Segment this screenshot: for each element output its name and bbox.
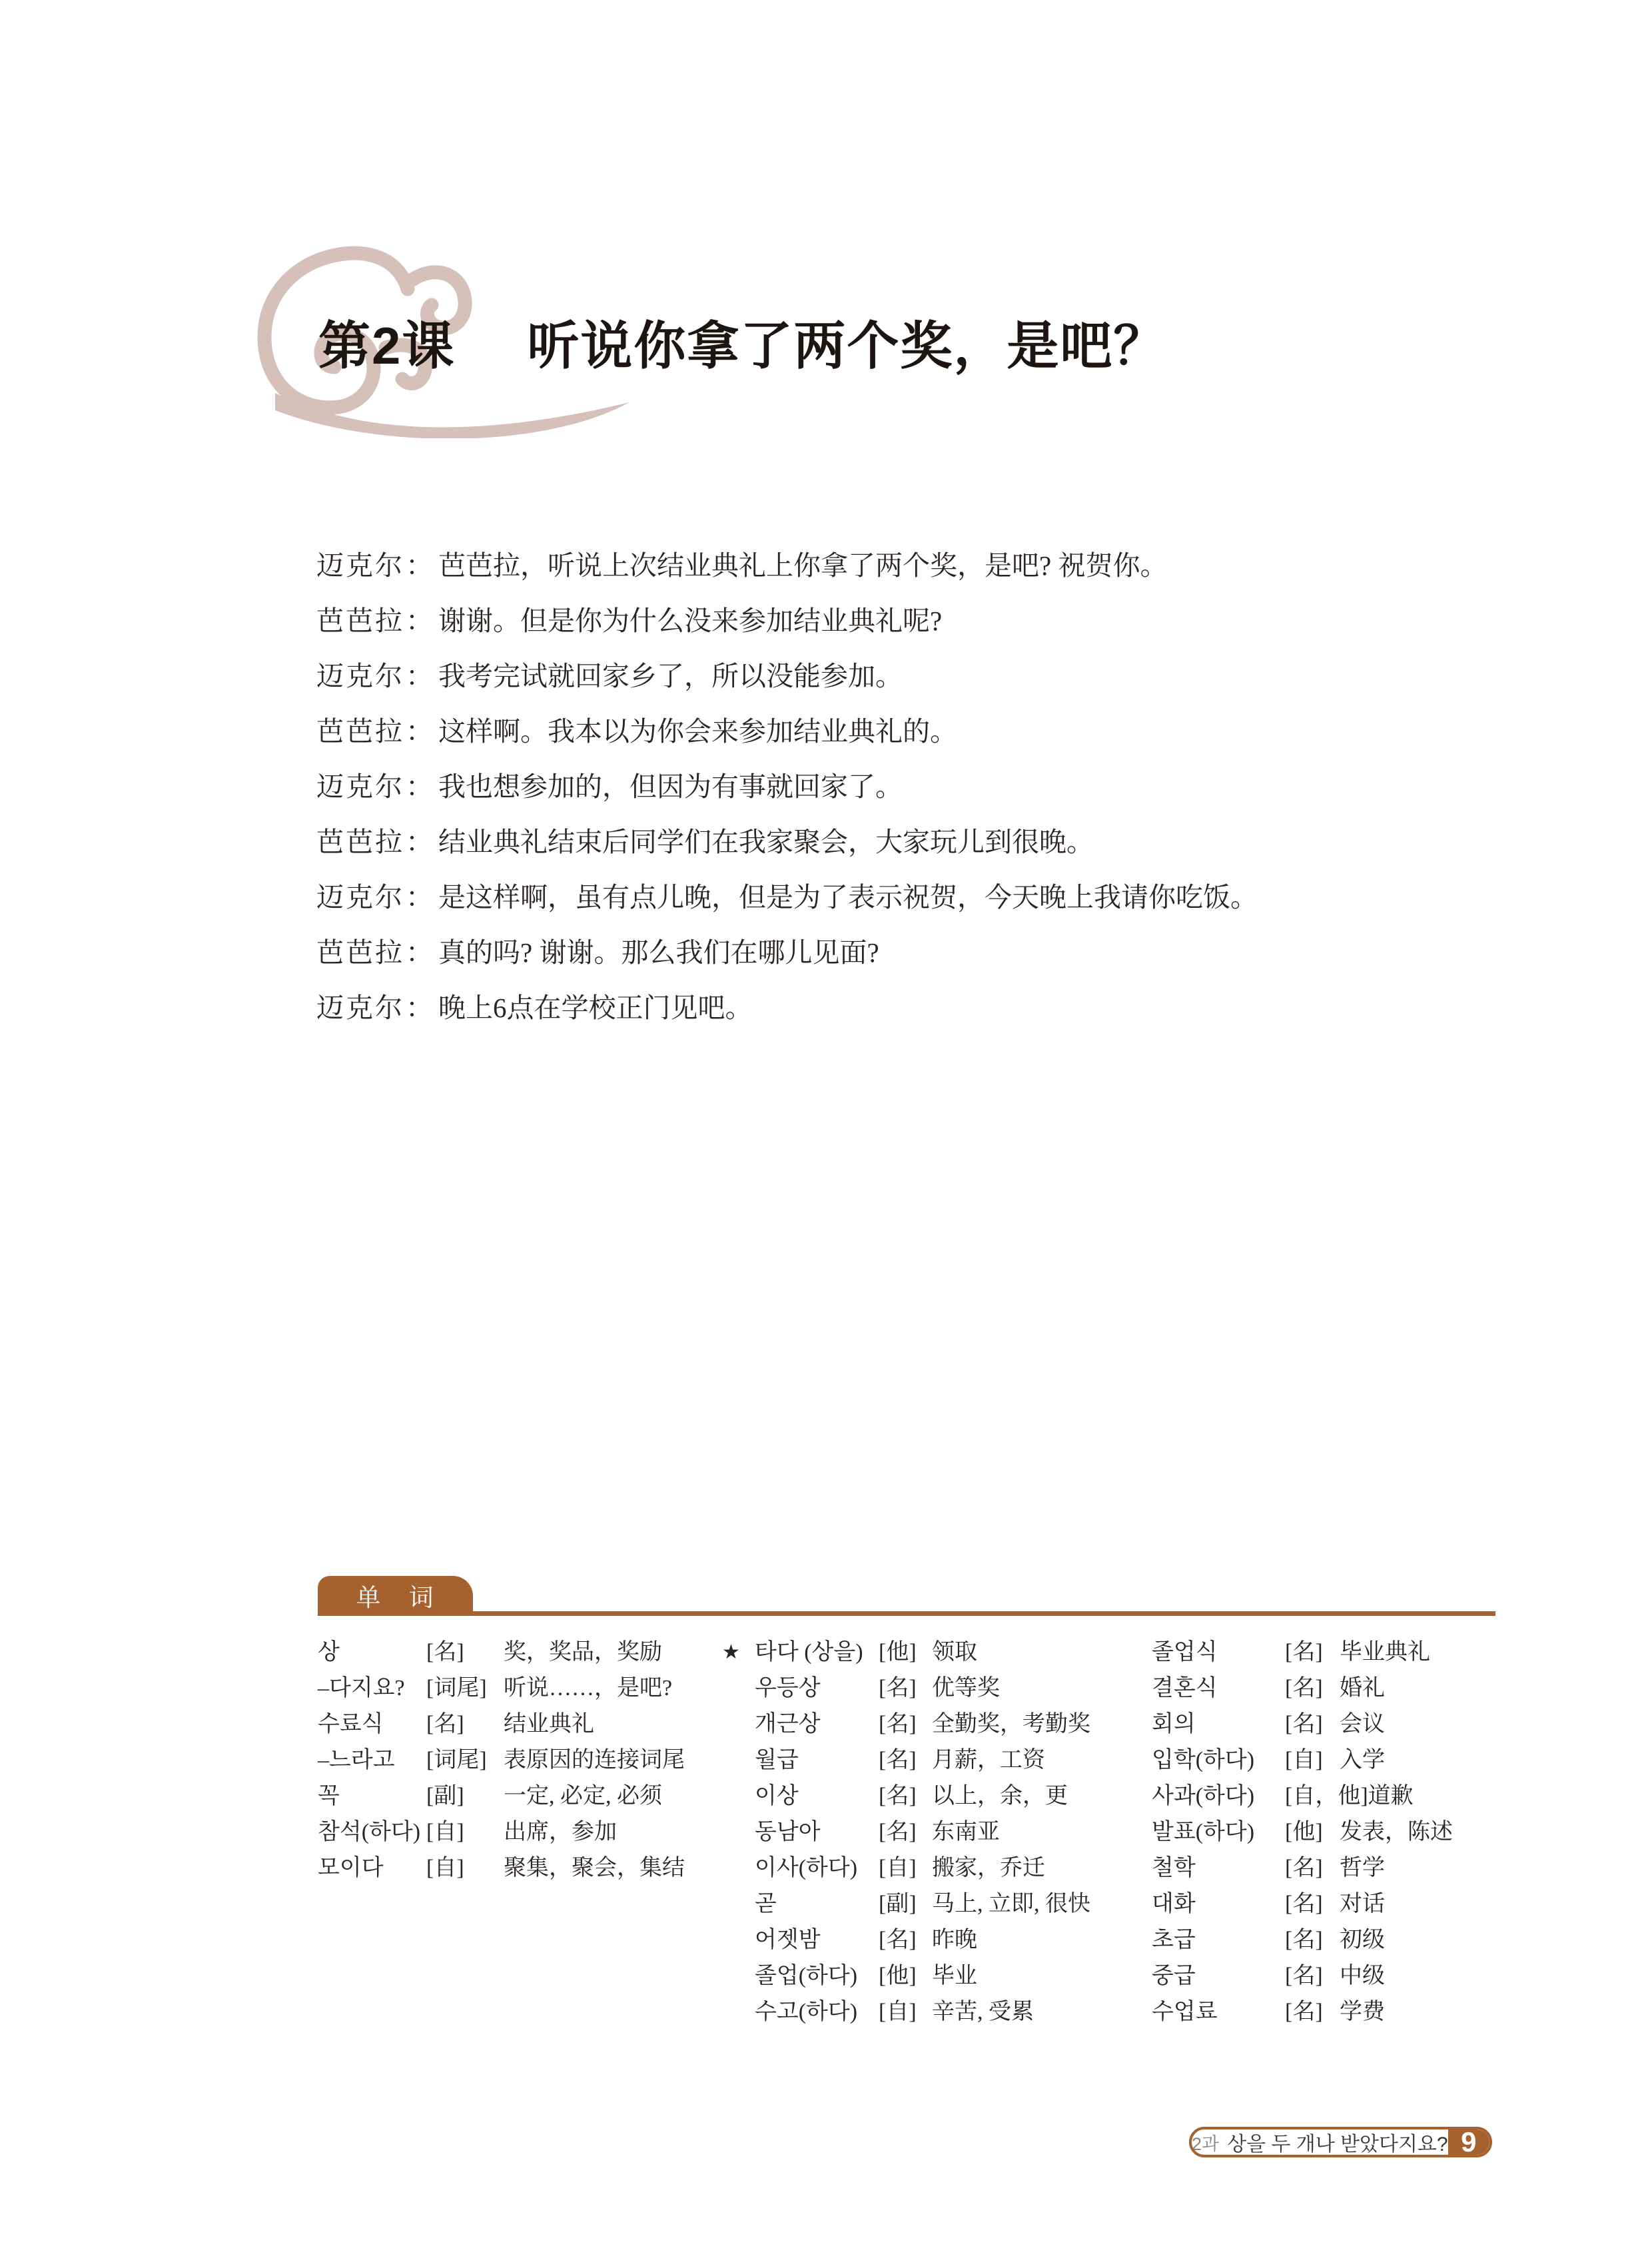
vocab-pos: [他]: [879, 1958, 932, 1994]
vocab-entry: 결혼식[名]婚礼: [1152, 1671, 1453, 1706]
vocab-pos: [名]: [1285, 1671, 1340, 1706]
vocab-entry: 철학[名]哲学: [1152, 1850, 1453, 1886]
dialogue-line: 迈克尔：我也想参加的，但因为有事就回家了。: [316, 759, 1258, 815]
vocab-section-label: 单 词: [356, 1577, 434, 1613]
vocab-gloss: 会议: [1340, 1706, 1385, 1742]
vocab-entry: ★타다 (상을)[他]领取: [722, 1635, 1090, 1671]
vocab-gloss: 道歉: [1368, 1778, 1414, 1814]
vocab-pos: [副]: [426, 1778, 504, 1814]
vocab-pos: [他]: [879, 1635, 932, 1671]
vocab-gloss: 学费: [1340, 1994, 1385, 2030]
vocab-gloss: 毕业典礼: [1340, 1635, 1430, 1671]
vocab-word: 발표(하다): [1152, 1814, 1285, 1850]
vocab-pos: [名]: [879, 1671, 932, 1706]
vocab-word: 초급: [1152, 1922, 1285, 1958]
footer-lesson-title: 상을 두 개나 받았다지요?: [1227, 2127, 1448, 2157]
vocab-entry: 중급[名]中级: [1152, 1958, 1453, 1994]
vocab-pos: [名]: [879, 1814, 932, 1850]
dialogue-text: 我考完试就回家乡了，所以没能参加。: [438, 649, 903, 704]
vocab-gloss: 优等奖: [932, 1671, 1000, 1706]
speaker-colon: ：: [406, 649, 438, 704]
vocab-pos: [自]: [426, 1814, 504, 1850]
dialogue-text: 芭芭拉，听说上次结业典礼上你拿了两个奖，是吧? 祝贺你。: [438, 538, 1167, 593]
speaker-name: 迈克尔: [316, 759, 406, 815]
vocab-word: 결혼식: [1152, 1671, 1285, 1706]
speaker-name: 芭芭拉: [316, 925, 406, 980]
dialogue-text: 真的吗? 谢谢。那么我们在哪儿见面?: [438, 925, 879, 980]
vocab-column-1: 상[名]奖，奖品，奖励 –다지요?[词尾]听说……，是吧? 수료식[名]结业典礼…: [318, 1635, 685, 1886]
dialogue-text: 我也想参加的，但因为有事就回家了。: [438, 759, 903, 815]
vocab-gloss: 马上, 立即, 很快: [932, 1886, 1090, 1922]
vocab-entry: 사과(하다)[自，他]道歉: [1152, 1778, 1453, 1814]
vocab-pos: [名]: [1285, 1635, 1340, 1671]
vocab-word: 타다 (상을): [755, 1635, 879, 1671]
vocab-gloss: 对话: [1340, 1886, 1385, 1922]
vocab-pos: [他]: [1285, 1814, 1340, 1850]
vocab-column-3: 졸업식[名]毕业典礼 결혼식[名]婚礼 회의[名]会议 입학(하다)[自]入学 …: [1152, 1635, 1453, 2030]
dialogue-line: 迈克尔：我考完试就回家乡了，所以没能参加。: [316, 649, 1258, 704]
vocab-pos: [名]: [879, 1706, 932, 1742]
vocab-pos: [名]: [1285, 1994, 1340, 2030]
vocab-entry: 초급[名]初级: [1152, 1922, 1453, 1958]
dialogue-block: 迈克尔：芭芭拉，听说上次结业典礼上你拿了两个奖，是吧? 祝贺你。 芭芭拉：谢谢。…: [316, 538, 1258, 1036]
vocab-word: 대화: [1152, 1886, 1285, 1922]
vocab-word: 철학: [1152, 1850, 1285, 1886]
vocab-entry: 발표(하다)[他]发表，陈述: [1152, 1814, 1453, 1850]
footer-lesson-bar: 2과 상을 두 개나 받았다지요? 9: [1189, 2127, 1492, 2157]
vocab-word: 수업료: [1152, 1994, 1285, 2030]
speaker-colon: ：: [406, 593, 438, 649]
vocab-pos: [名]: [426, 1635, 504, 1671]
speaker-colon: ：: [406, 704, 438, 759]
vocab-gloss: 昨晚: [932, 1922, 977, 1958]
vocab-pos: [名]: [426, 1706, 504, 1742]
vocab-gloss: 初级: [1340, 1922, 1385, 1958]
vocab-pos: [词尾]: [426, 1742, 504, 1778]
vocab-entry: 꼭[副]一定, 必定, 必须: [318, 1778, 685, 1814]
vocab-word: 동남아: [755, 1814, 879, 1850]
vocab-gloss: 发表，陈述: [1340, 1814, 1453, 1850]
vocab-entry: 이사(하다)[自]搬家，乔迁: [722, 1850, 1090, 1886]
vocab-word: –다지요?: [318, 1671, 426, 1706]
vocab-word: –느라고: [318, 1742, 426, 1778]
vocab-gloss: 奖，奖品，奖励: [504, 1635, 662, 1671]
vocab-entry: 월급[名]月薪，工资: [722, 1742, 1090, 1778]
vocab-gloss: 听说……，是吧?: [504, 1671, 672, 1706]
vocab-gloss: 出席，参加: [504, 1814, 617, 1850]
dialogue-text: 晚上6点在学校正门见吧。: [438, 980, 753, 1036]
speaker-name: 迈克尔: [316, 980, 406, 1036]
dialogue-line: 迈克尔：晚上6点在学校正门见吧。: [316, 980, 1258, 1036]
vocab-word: 모이다: [318, 1850, 426, 1886]
speaker-name: 芭芭拉: [316, 815, 406, 870]
vocab-gloss: 领取: [932, 1635, 977, 1671]
vocab-word: 졸업(하다): [755, 1958, 879, 1994]
speaker-colon: ：: [406, 870, 438, 925]
speaker-name: 迈克尔: [316, 870, 406, 925]
vocab-entry: 졸업식[名]毕业典礼: [1152, 1635, 1453, 1671]
page-number-badge: 9: [1448, 2129, 1489, 2155]
vocab-word: 회의: [1152, 1706, 1285, 1742]
vocab-entry: 수료식[名]结业典礼: [318, 1706, 685, 1742]
vocab-entry: 모이다[自]聚集，聚会，集结: [318, 1850, 685, 1886]
vocab-word: 우등상: [755, 1671, 879, 1706]
vocab-entry: 회의[名]会议: [1152, 1706, 1453, 1742]
vocab-entry: 입학(하다)[自]入学: [1152, 1742, 1453, 1778]
speaker-colon: ：: [406, 538, 438, 593]
dialogue-line: 迈克尔：是这样啊，虽有点儿晚，但是为了表示祝贺，今天晚上我请你吃饭。: [316, 870, 1258, 925]
vocab-word: 입학(하다): [1152, 1742, 1285, 1778]
vocab-gloss: 辛苦, 受累: [932, 1994, 1034, 2030]
vocab-pos: [自]: [879, 1850, 932, 1886]
vocab-pos: [名]: [1285, 1922, 1340, 1958]
vocab-entry: 우등상[名]优等奖: [722, 1671, 1090, 1706]
vocab-pos: [名]: [1285, 1886, 1340, 1922]
vocab-entry: –느라고[词尾]表原因的连接词尾: [318, 1742, 685, 1778]
vocab-word: 월급: [755, 1742, 879, 1778]
vocab-entry: 수고(하다)[自]辛苦, 受累: [722, 1994, 1090, 2030]
vocab-column-2: ★타다 (상을)[他]领取 우등상[名]优等奖 개근상[名]全勤奖，考勤奖 월급…: [722, 1635, 1090, 2030]
speaker-colon: ：: [406, 980, 438, 1036]
lesson-title-text: 听说你拿了两个奖，是吧？: [527, 316, 1166, 376]
vocab-word: 이상: [755, 1778, 879, 1814]
vocab-word: 수료식: [318, 1706, 426, 1742]
dialogue-line: 芭芭拉：真的吗? 谢谢。那么我们在哪儿见面?: [316, 925, 1258, 980]
vocab-gloss: 结业典礼: [504, 1706, 594, 1742]
vocab-entry: 상[名]奖，奖品，奖励: [318, 1635, 685, 1671]
vocab-pos: [名]: [879, 1778, 932, 1814]
vocab-entry: 졸업(하다)[他]毕业: [722, 1958, 1090, 1994]
vocab-word: 개근상: [755, 1706, 879, 1742]
lesson-number-label: 第2课: [318, 316, 455, 376]
vocab-pos: [自]: [1285, 1742, 1340, 1778]
vocab-pos: [名]: [879, 1922, 932, 1958]
vocab-word: 졸업식: [1152, 1635, 1285, 1671]
dialogue-line: 芭芭拉：结业典礼结束后同学们在我家聚会，大家玩儿到很晚。: [316, 815, 1258, 870]
vocab-pos: [自]: [879, 1994, 932, 2030]
vocab-gloss: 一定, 必定, 必须: [504, 1778, 662, 1814]
dialogue-line: 迈克尔：芭芭拉，听说上次结业典礼上你拿了两个奖，是吧? 祝贺你。: [316, 538, 1258, 593]
vocab-gloss: 婚礼: [1340, 1671, 1385, 1706]
vocab-pos: [自]: [426, 1850, 504, 1886]
vocab-section-tab: 单 词: [318, 1576, 473, 1614]
speaker-name: 芭芭拉: [316, 593, 406, 649]
vocab-word: 꼭: [318, 1778, 426, 1814]
dialogue-line: 芭芭拉：这样啊。我本以为你会来参加结业典礼的。: [316, 704, 1258, 759]
textbook-page: 第2课 听说你拿了两个奖，是吧？ 迈克尔：芭芭拉，听说上次结业典礼上你拿了两个奖…: [0, 0, 1652, 2242]
speaker-colon: ：: [406, 815, 438, 870]
page-title: 第2课 听说你拿了两个奖，是吧？: [318, 316, 1166, 376]
vocab-gloss: 以上，余，更: [932, 1778, 1068, 1814]
vocab-pos: [名]: [1285, 1850, 1340, 1886]
vocab-word: 사과(하다): [1152, 1778, 1285, 1814]
vocab-gloss: 搬家，乔迁: [932, 1850, 1045, 1886]
vocab-word: 참석(하다): [318, 1814, 426, 1850]
vocab-word: 중급: [1152, 1958, 1285, 1994]
speaker-name: 芭芭拉: [316, 704, 406, 759]
dialogue-text: 是这样啊，虽有点儿晚，但是为了表示祝贺，今天晚上我请你吃饭。: [438, 870, 1258, 925]
vocab-gloss: 毕业: [932, 1958, 977, 1994]
vocab-gloss: 全勤奖，考勤奖: [932, 1706, 1090, 1742]
vocab-gloss: 哲学: [1340, 1850, 1385, 1886]
vocab-entry: 어젯밤[名]昨晚: [722, 1922, 1090, 1958]
speaker-name: 迈克尔: [316, 649, 406, 704]
dialogue-text: 谢谢。但是你为什么没来参加结业典礼呢?: [438, 593, 942, 649]
vocab-entry: 곧[副]马上, 立即, 很快: [722, 1886, 1090, 1922]
vocab-entry: 대화[名]对话: [1152, 1886, 1453, 1922]
vocab-entry: –다지요?[词尾]听说……，是吧?: [318, 1671, 685, 1706]
page-number: 9: [1461, 2127, 1476, 2157]
dialogue-line: 芭芭拉：谢谢。但是你为什么没来参加结业典礼呢?: [316, 593, 1258, 649]
footer-lesson-label: 2과 상을 두 개나 받았다지요?: [1192, 2129, 1448, 2155]
dialogue-text: 这样啊。我本以为你会来参加结业典礼的。: [438, 704, 957, 759]
vocab-section-rule: [318, 1611, 1495, 1616]
vocab-gloss: 中级: [1340, 1958, 1385, 1994]
vocab-pos: [词尾]: [426, 1671, 504, 1706]
vocab-gloss: 东南亚: [932, 1814, 1000, 1850]
vocab-entry: 이상[名]以上，余，更: [722, 1778, 1090, 1814]
vocab-entry: 동남아[名]东南亚: [722, 1814, 1090, 1850]
vocab-entry: 개근상[名]全勤奖，考勤奖: [722, 1706, 1090, 1742]
vocab-entry: 참석(하다)[自]出席，参加: [318, 1814, 685, 1850]
vocab-pos: [名]: [879, 1742, 932, 1778]
speaker-colon: ：: [406, 925, 438, 980]
vocab-word: 곧: [755, 1886, 879, 1922]
vocab-entry: 수업료[名]学费: [1152, 1994, 1453, 2030]
vocab-word: 어젯밤: [755, 1922, 879, 1958]
footer-lesson-number: 2과: [1192, 2129, 1219, 2155]
vocab-pos: [名]: [1285, 1958, 1340, 1994]
vocab-gloss: 入学: [1340, 1742, 1385, 1778]
vocab-pos: [自，他]: [1285, 1778, 1368, 1814]
vocab-gloss: 表原因的连接词尾: [504, 1742, 685, 1778]
vocab-word: 상: [318, 1635, 426, 1671]
dialogue-text: 结业典礼结束后同学们在我家聚会，大家玩儿到很晚。: [438, 815, 1094, 870]
speaker-colon: ：: [406, 759, 438, 815]
vocab-pos: [名]: [1285, 1706, 1340, 1742]
star-icon: ★: [722, 1635, 755, 1671]
vocab-word: 수고(하다): [755, 1994, 879, 2030]
speaker-name: 迈克尔: [316, 538, 406, 593]
vocab-gloss: 聚集，聚会，集结: [504, 1850, 685, 1886]
vocab-gloss: 月薪，工资: [932, 1742, 1045, 1778]
vocab-pos: [副]: [879, 1886, 932, 1922]
vocab-word: 이사(하다): [755, 1850, 879, 1886]
